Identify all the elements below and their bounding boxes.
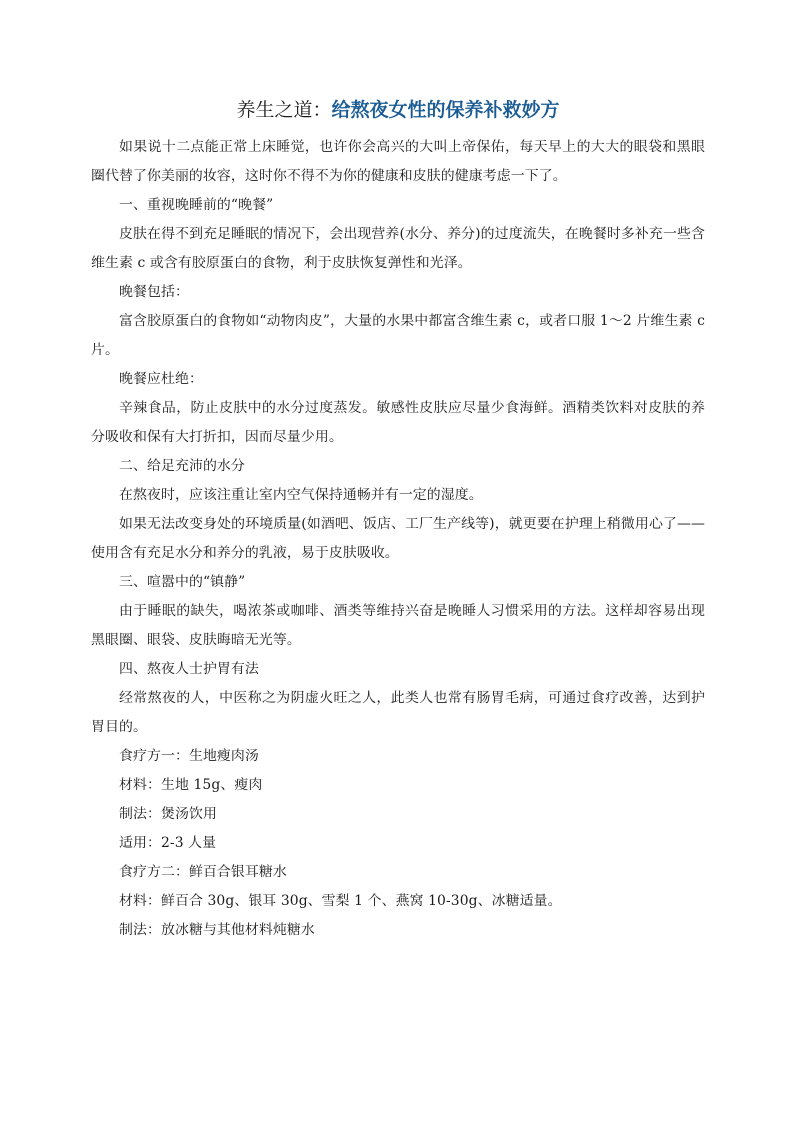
paragraph: 在熬夜时，应该注重让室内空气保持通畅并有一定的湿度。: [91, 481, 705, 510]
recipe-1-method: 制法：煲汤饮用: [91, 800, 705, 829]
section-heading-2: 二、给足充沛的水分: [91, 452, 705, 481]
section-heading-4: 四、熬夜人士护胃有法: [91, 655, 705, 684]
paragraph: 由于睡眠的缺失，喝浓茶或咖啡、酒类等维持兴奋是晚睡人习惯采用的方法。这样却容易出…: [91, 597, 705, 655]
section-heading-1: 一、重视晚睡前的“晚餐”: [91, 191, 705, 220]
subheading-dinner-avoid: 晚餐应杜绝：: [91, 365, 705, 394]
intro-paragraph: 如果说十二点能正常上床睡觉，也许你会高兴的大叫上帝保佑，每天早上的大大的眼袋和黑…: [91, 133, 705, 191]
paragraph: 如果无法改变身处的环境质量(如酒吧、饭店、工厂生产线等)，就更要在护理上稍微用心…: [91, 510, 705, 568]
title-main: 给熬夜女性的保养补救妙方: [332, 99, 560, 121]
title-prefix: 养生之道：: [236, 99, 331, 121]
document-body: 如果说十二点能正常上床睡觉，也许你会高兴的大叫上帝保佑，每天早上的大大的眼袋和黑…: [91, 133, 705, 945]
recipe-1-servings: 适用：2-3 人量: [91, 829, 705, 858]
recipe-2-ingredients: 材料：鲜百合 30g、银耳 30g、雪梨 1 个、燕窝 10-30g、冰糖适量。: [91, 887, 705, 916]
recipe-2-title: 食疗方二：鲜百合银耳糖水: [91, 858, 705, 887]
document-title: 养生之道：给熬夜女性的保养补救妙方: [91, 97, 705, 123]
paragraph: 皮肤在得不到充足睡眠的情况下，会出现营养(水分、养分)的过度流失，在晚餐时多补充…: [91, 220, 705, 278]
paragraph: 辛辣食品，防止皮肤中的水分过度蒸发。敏感性皮肤应尽量少食海鲜。酒精类饮料对皮肤的…: [91, 394, 705, 452]
recipe-1-ingredients: 材料：生地 15g、瘦肉: [91, 771, 705, 800]
section-heading-3: 三、喧嚣中的“镇静”: [91, 568, 705, 597]
recipe-2-method: 制法：放冰糖与其他材料炖糖水: [91, 916, 705, 945]
paragraph: 经常熬夜的人，中医称之为阴虚火旺之人，此类人也常有肠胃毛病，可通过食疗改善，达到…: [91, 684, 705, 742]
paragraph: 富含胶原蛋白的食物如“动物肉皮”，大量的水果中都富含维生素 c，或者口服 1～2…: [91, 307, 705, 365]
subheading-dinner-includes: 晚餐包括：: [91, 278, 705, 307]
recipe-1-title: 食疗方一：生地瘦肉汤: [91, 742, 705, 771]
